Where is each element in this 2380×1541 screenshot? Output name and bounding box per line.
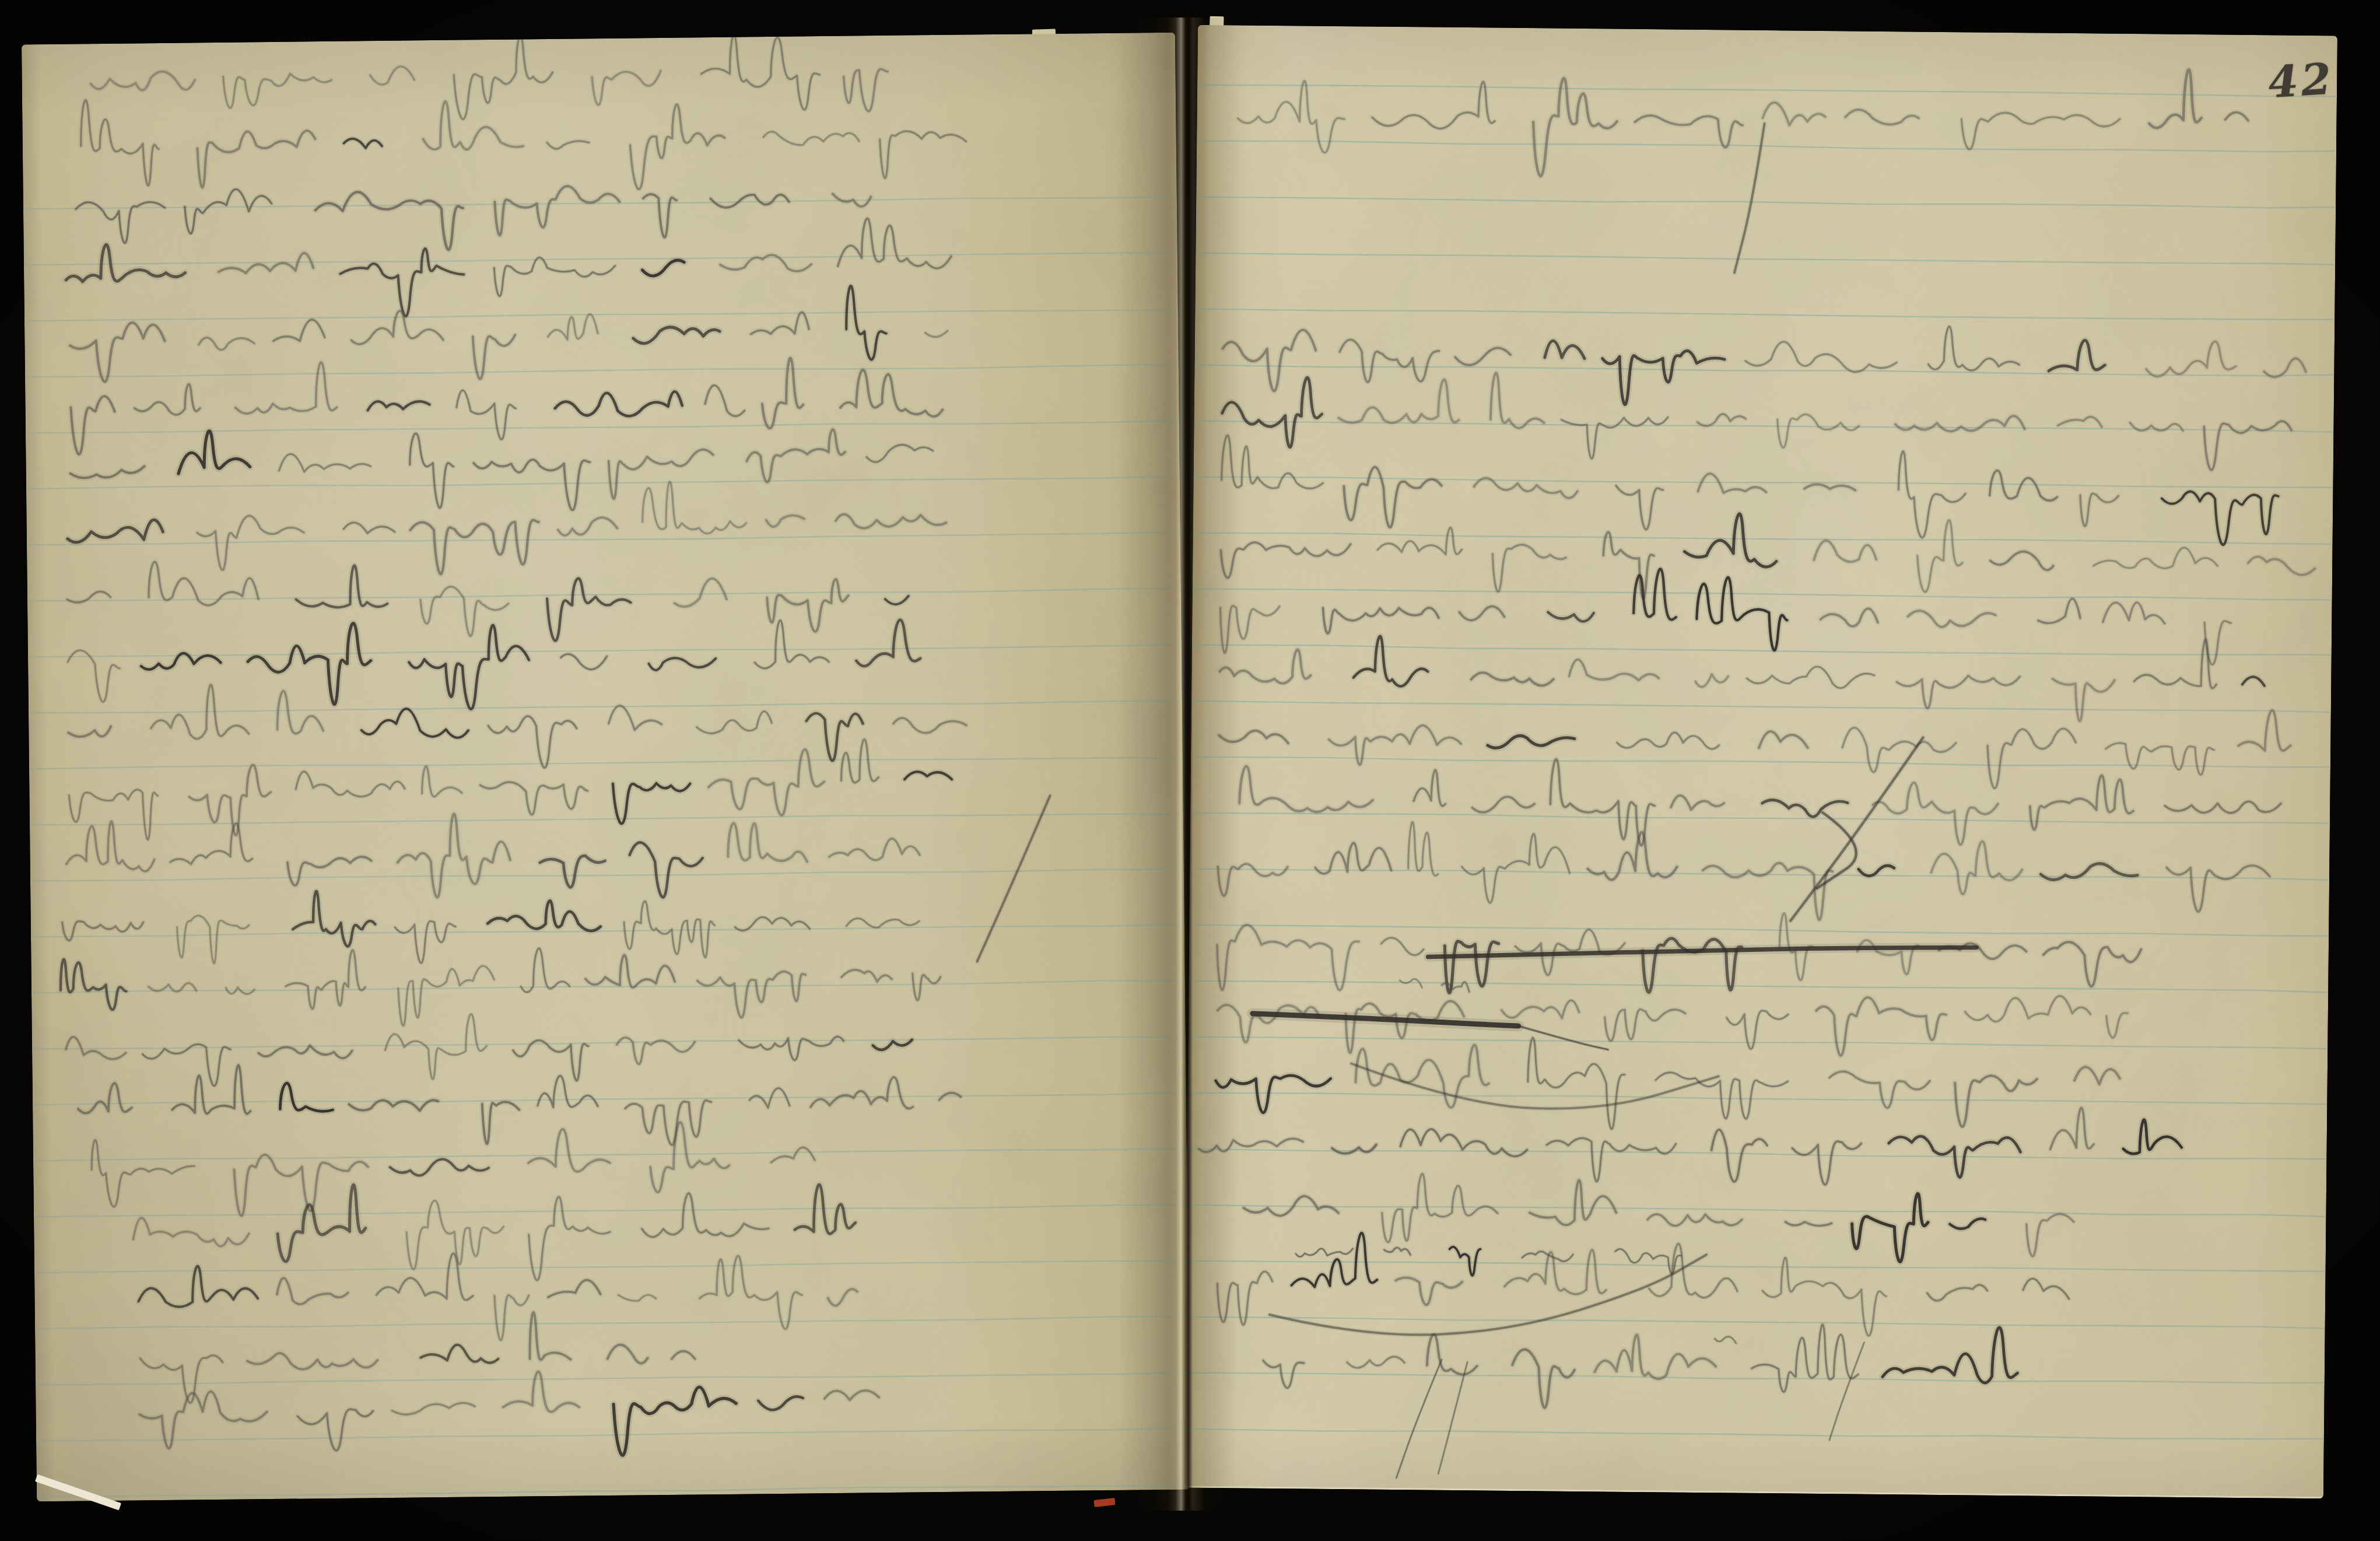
page-number: 42 (2267, 53, 2337, 108)
notebook-page-left (22, 33, 1190, 1502)
notebook-page-right: 42 (1184, 25, 2337, 1499)
left-page-handwriting-layer (22, 33, 1190, 1502)
right-page-handwriting-layer (1184, 25, 2336, 1497)
red-mark (1093, 1498, 1115, 1507)
photo-canvas: 42 (0, 0, 2380, 1541)
